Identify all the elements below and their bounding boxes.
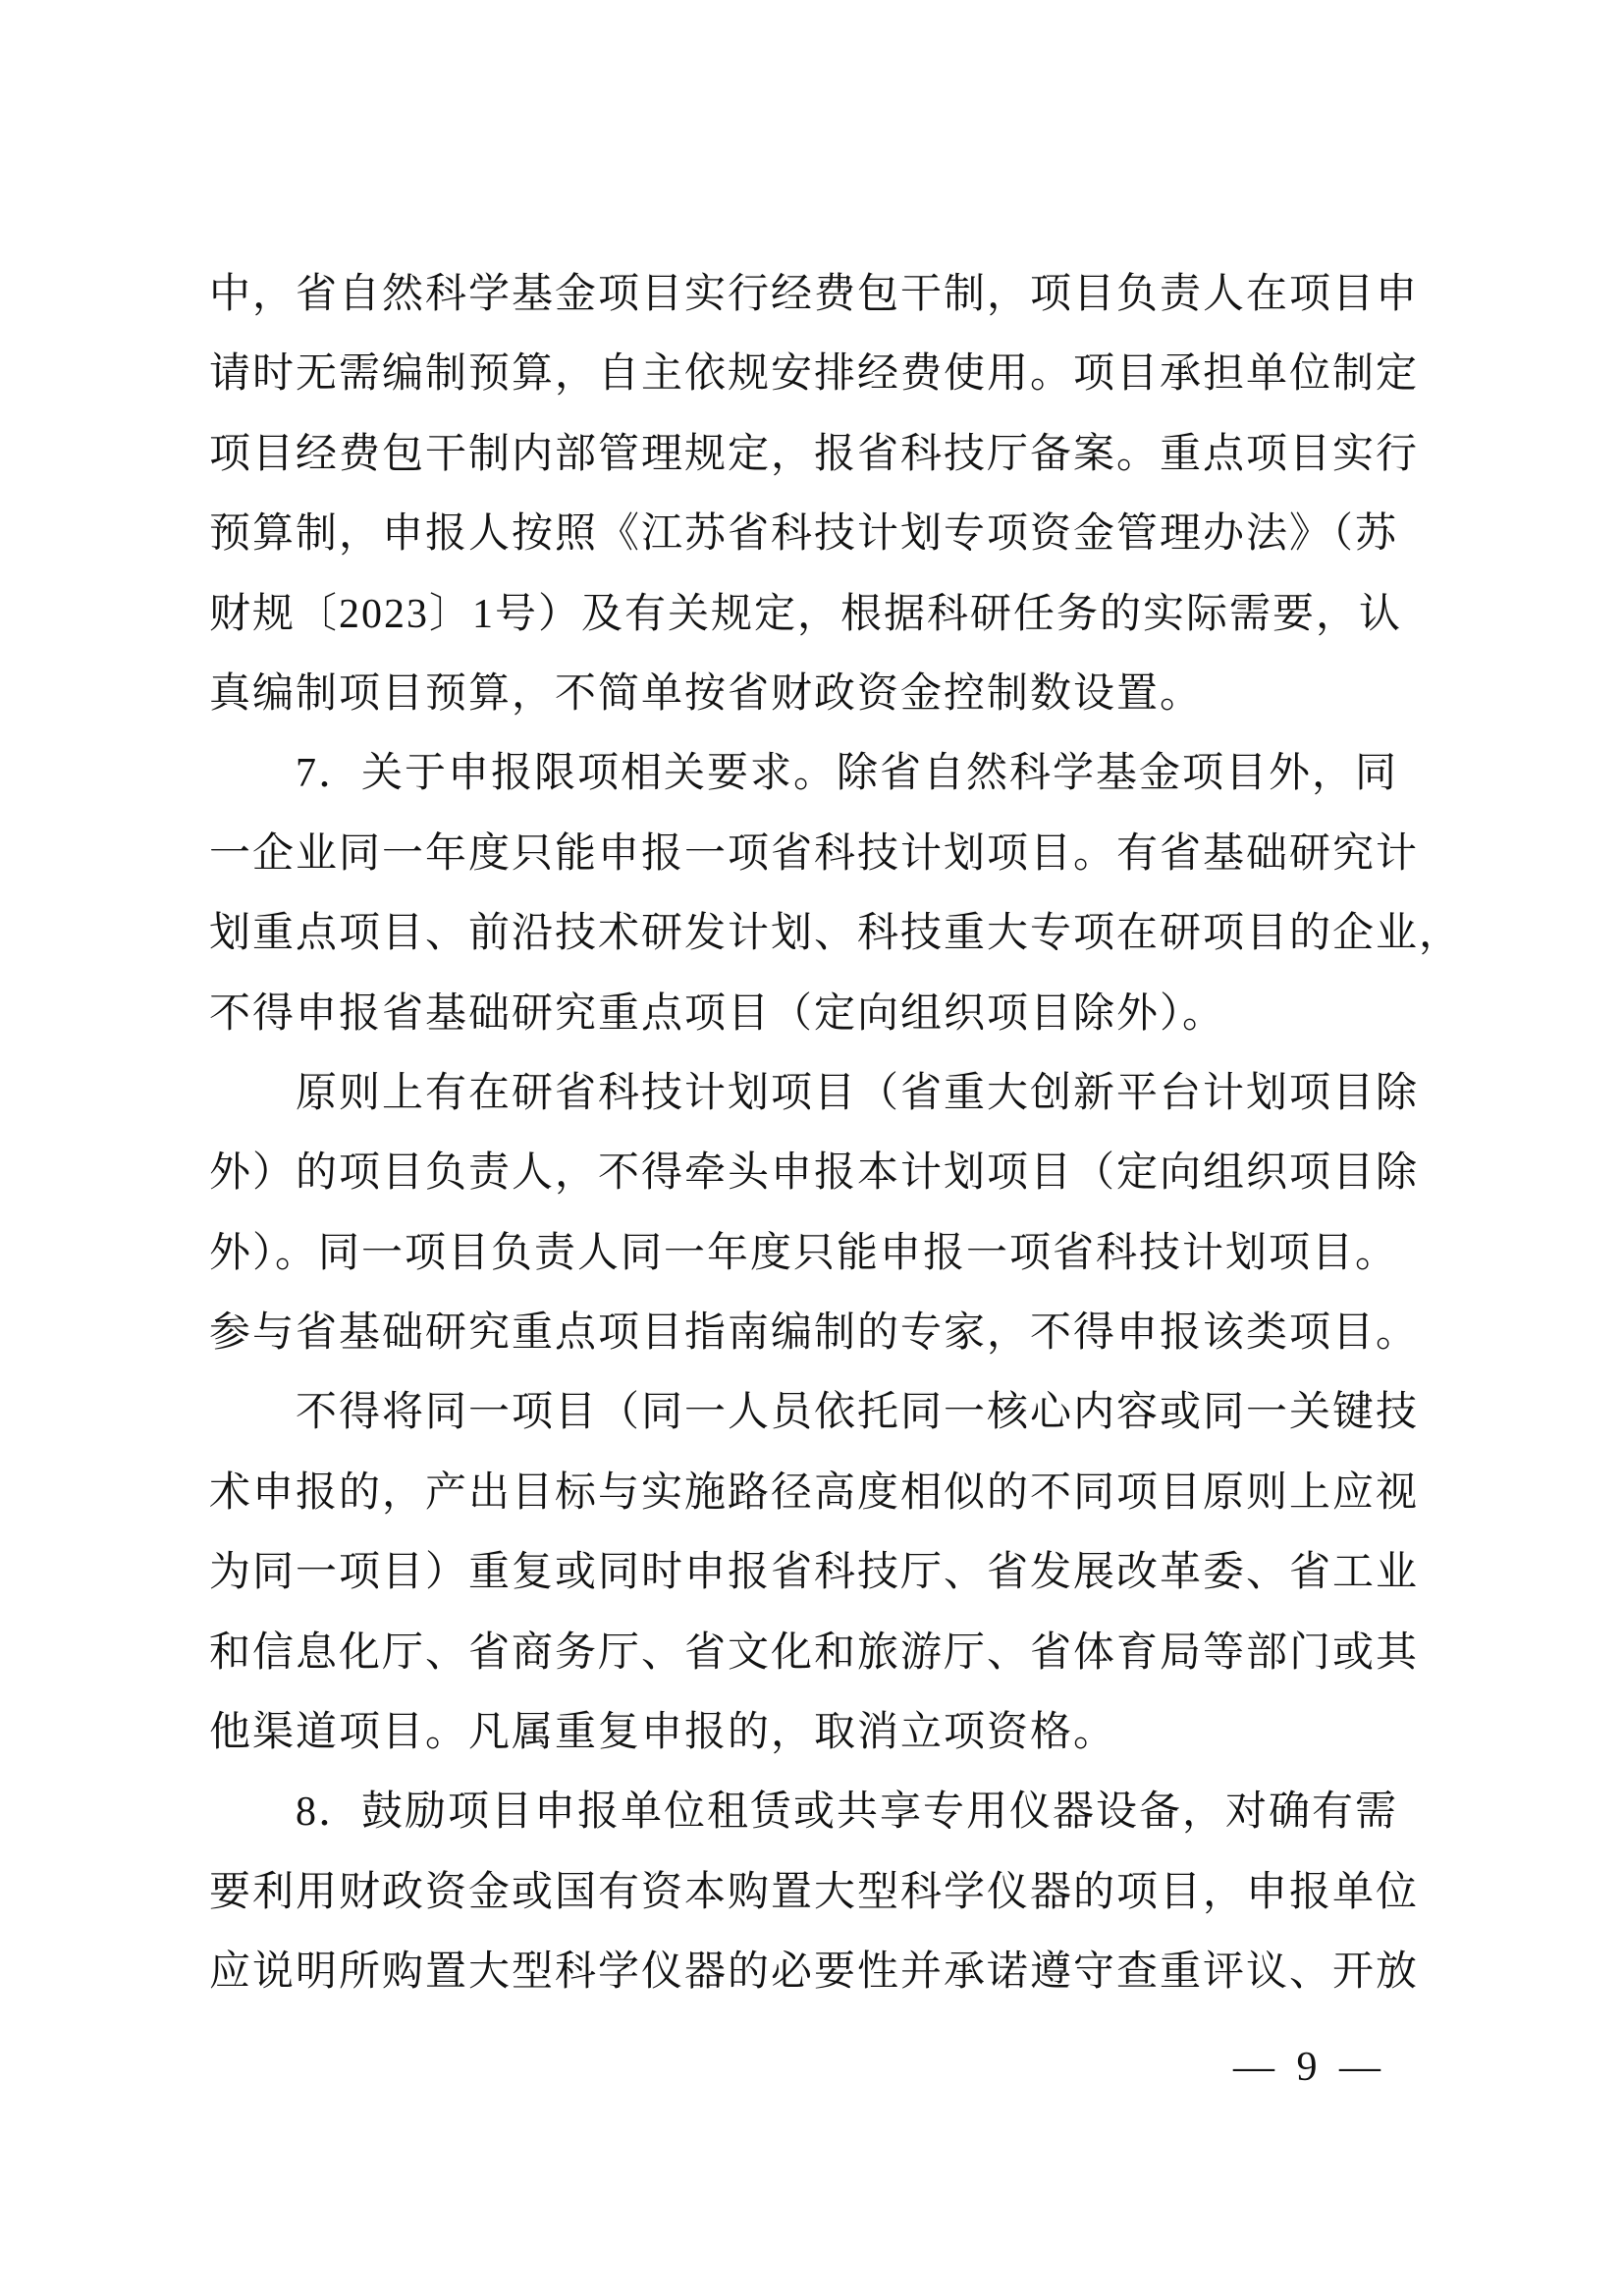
text-line: 和信息化厅、省商务厅、省文化和旅游厅、省体育局等部门或其 — [209, 1614, 1419, 1693]
text-line: 外）的项目负责人，不得牵头申报本计划项目（定向组织项目除 — [209, 1134, 1419, 1213]
text-line: 为同一项目）重复或同时申报省科技厅、省发展改革委、省工业 — [209, 1533, 1419, 1613]
text-line: 项目经费包干制内部管理规定，报省科技厅备案。重点项目实行 — [209, 415, 1419, 495]
text-line: 划重点项目、前沿技术研发计划、科技重大专项在研项目的企业， — [209, 894, 1419, 974]
text-line-paragraph-7-start: 7．关于申报限项相关要求。除省自然科学基金项目外，同 — [209, 734, 1419, 814]
text-line: 中，省自然科学基金项目实行经费包干制，项目负责人在项目申 — [209, 255, 1419, 335]
text-line: 真编制项目预算，不简单按省财政资金控制数设置。 — [209, 655, 1419, 734]
text-line-paragraph-8-start: 8．鼓励项目申报单位租赁或共享专用仪器设备，对确有需 — [209, 1773, 1419, 1852]
text-line: 要利用财政资金或国有资本购置大型科学仪器的项目，申报单位 — [209, 1853, 1419, 1933]
text-line: 请时无需编制预算，自主依规安排经费使用。项目承担单位制定 — [209, 335, 1419, 414]
text-line: 应说明所购置大型科学仪器的必要性并承诺遵守查重评议、开放 — [209, 1933, 1419, 2012]
text-line: 一企业同一年度只能申报一项省科技计划项目。有省基础研究计 — [209, 815, 1419, 894]
text-line: 不得申报省基础研究重点项目（定向组织项目除外）。 — [209, 975, 1419, 1054]
text-line: 财规〔2023〕1号）及有关规定，根据科研任务的实际需要，认 — [209, 575, 1419, 655]
text-line-paragraph-start: 不得将同一项目（同一人员依托同一核心内容或同一关键技 — [209, 1373, 1419, 1453]
document-page: { "document": { "lines": [ "中，省自然科学基金项目实… — [0, 0, 1624, 2296]
text-line: 预算制，申报人按照《江苏省科技计划专项资金管理办法》（苏 — [209, 495, 1419, 574]
text-line: 外）。同一项目负责人同一年度只能申报一项省科技计划项目。 — [209, 1214, 1419, 1294]
text-line-paragraph-start: 原则上有在研省科技计划项目（省重大创新平台计划项目除 — [209, 1054, 1419, 1134]
body-text-block: 中，省自然科学基金项目实行经费包干制，项目负责人在项目申 请时无需编制预算，自主… — [209, 255, 1419, 2013]
text-line: 术申报的，产出目标与实施路径高度相似的不同项目原则上应视 — [209, 1454, 1419, 1533]
text-line: 参与省基础研究重点项目指南编制的专家，不得申报该类项目。 — [209, 1294, 1419, 1373]
page-number: — 9 — — [1233, 2044, 1382, 2091]
text-line: 他渠道项目。凡属重复申报的，取消立项资格。 — [209, 1693, 1419, 1773]
page-background: 中，省自然科学基金项目实行经费包干制，项目负责人在项目申 请时无需编制预算，自主… — [0, 0, 1624, 2296]
